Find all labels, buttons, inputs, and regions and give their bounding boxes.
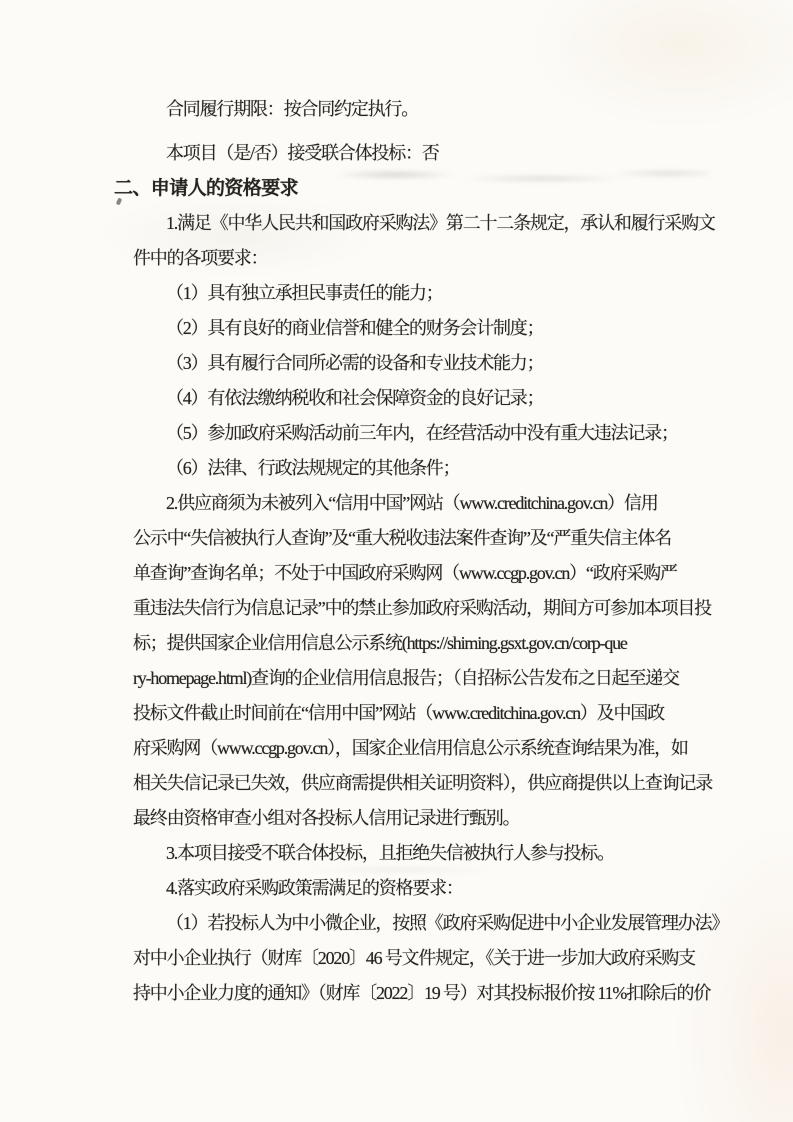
- doc-line-item-2: （2）具有良好的商业信誉和健全的财务会计制度；: [133, 311, 733, 346]
- doc-line: 标；提供国家企业信用信息公示系统(https://shiming.gsxt.go…: [133, 626, 733, 661]
- doc-line-item-6: （6）法律、行政法规规定的其他条件；: [133, 451, 733, 486]
- doc-line: 4.落实政府采购政策需满足的资格要求：: [133, 871, 733, 906]
- document-page: 合同履行期限：按合同约定执行。 本项目（是/否）接受联合体投标：否 二、申请人的…: [0, 0, 793, 1122]
- doc-line-consortium: 本项目（是/否）接受联合体投标：否: [133, 136, 733, 171]
- doc-line: 重违法失信行为信息记录”中的禁止参加政府采购活动，期间方可参加本项目投: [133, 591, 733, 626]
- doc-line: 单查询”查询名单；不处于中国政府采购网（www.ccgp.gov.cn）“政府采…: [133, 556, 733, 591]
- doc-line-contract-period: 合同履行期限：按合同约定执行。: [133, 92, 733, 127]
- doc-line: 投标文件截止时间前在“信用中国”网站（www.creditchina.gov.c…: [133, 696, 733, 731]
- doc-line: 2.供应商须为未被列入“信用中国”网站（www.creditchina.gov.…: [133, 486, 733, 521]
- doc-line: 3.本项目接受不联合体投标，且拒绝失信被执行人参与投标。: [133, 836, 733, 871]
- section-heading: 二、申请人的资格要求: [114, 171, 733, 206]
- doc-line: 府采购网（www.ccgp.gov.cn），国家企业信用信息公示系统查询结果为准…: [133, 731, 733, 766]
- doc-line-item-4: （4）有依法缴纳税收和社会保障资金的良好记录；: [133, 381, 733, 416]
- document-body: 合同履行期限：按合同约定执行。 本项目（是/否）接受联合体投标：否 二、申请人的…: [133, 92, 733, 1011]
- doc-line-item-5: （5）参加政府采购活动前三年内，在经营活动中没有重大违法记录；: [133, 416, 733, 451]
- doc-line: ry-homepage.html)查询的企业信用信息报告；（自招标公告发布之日起…: [133, 661, 733, 696]
- doc-line: 最终由资格审查小组对各投标人信用记录进行甄别。: [133, 801, 733, 836]
- doc-line-item-3: （3）具有履行合同所必需的设备和专业技术能力；: [133, 346, 733, 381]
- doc-line: 持中小企业力度的通知》（财库〔2022〕19 号）对其投标报价按 11%扣除后的…: [133, 976, 733, 1011]
- doc-line: 1.满足《中华人民共和国政府采购法》第二十二条规定，承认和履行采购文: [133, 206, 733, 241]
- doc-line: 相关失信记录已失效，供应商需提供相关证明资料），供应商提供以上查询记录: [133, 766, 733, 801]
- doc-line: 件中的各项要求：: [133, 241, 733, 276]
- doc-line: （1）若投标人为中小微企业，按照《政府采购促进中小企业发展管理办法》: [133, 906, 733, 941]
- doc-line: 对中小企业执行（财库〔2020〕46 号文件规定，《关于进一步加大政府采购支: [133, 941, 733, 976]
- doc-line-item-1: （1）具有独立承担民事责任的能力；: [133, 276, 733, 311]
- doc-line: 公示中“失信被执行人查询”及“重大税收违法案件查询”及“严重失信主体名: [133, 521, 733, 556]
